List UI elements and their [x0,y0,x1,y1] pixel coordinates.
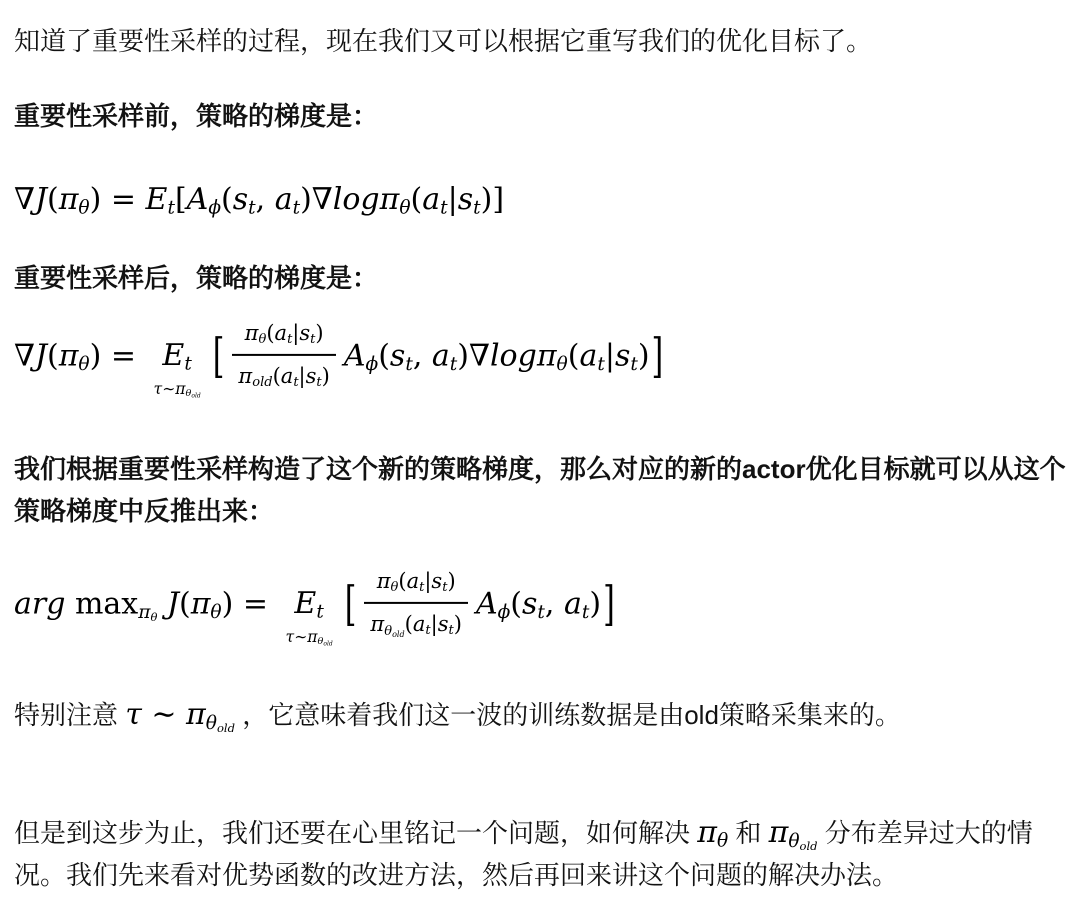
math-subscript: old [392,629,405,638]
math-underset-label: τ∼πθold [154,382,201,400]
math-token: old [217,721,235,735]
math-underset-base: Et [162,339,191,374]
math-subscript: θold [318,636,333,647]
math-token: ( [398,569,406,593]
math-token: ϕ [498,602,511,623]
math-token: ) = [90,338,146,373]
math-token: , [256,182,275,217]
inline-math-pi-theta: πθ [697,815,728,850]
formula-policy-gradient-before: ∇J(πθ) = Et[Aϕ(st, at)∇logπθ(at|st)] [14,180,504,219]
math-token: ) [315,321,323,345]
math-underset: Etτ∼πθold [154,339,201,399]
math-subscript: old [217,721,235,735]
math-token: ∇ [469,338,490,373]
math-token: t [473,198,480,219]
math-token: E [162,338,184,373]
math-token: τ [125,697,151,732]
math-token: log [333,182,380,217]
math-token: π [138,602,150,623]
math-subscript: ϕ [208,198,221,219]
math-subscript: θ [78,354,89,375]
math-token: ( [568,338,580,373]
math-token: a [407,569,420,593]
math-token: max [75,586,138,621]
math-token: , [545,586,564,621]
math-subscript: t [473,198,480,219]
math-token: | [605,338,615,373]
math-token: | [292,321,299,345]
math-token: , [413,338,432,373]
math-token: ) = [90,182,146,217]
math-token: τ [154,380,163,398]
inline-math-tau-pi-theta-old: τ ∼ πθold [125,697,235,732]
math-fraction: πθ(at|st)πθold(at|st) [364,568,468,639]
math-subscript: old [191,392,200,399]
math-underset-label: τ∼πθold [286,630,333,648]
math-token: ( [47,338,59,373]
math-token: old [800,839,818,853]
math-subscript: θ [717,831,728,852]
math-token: t [293,198,300,219]
math-token: a [564,586,582,621]
math-token: a [275,321,288,345]
math-token: τ [286,628,295,646]
math-numerator: πθ(at|st) [364,568,468,604]
math-token: a [413,612,426,636]
math-token: ∼ [151,697,176,732]
math-token: π [175,380,185,398]
math-bracket: [ [213,327,225,387]
math-token: π [59,338,79,373]
math-token: ∼ [294,628,307,646]
math-subscript: θold [186,388,201,399]
math-token: a [432,338,450,373]
math-token: ) [454,612,462,636]
inline-math-pi-theta-old: πθold [769,815,818,850]
math-denominator: πold(at|st) [232,356,335,390]
math-subscript: old [800,839,818,853]
math-subscript: t [440,198,447,219]
math-token: s [438,612,449,636]
math-token: ϕ [366,354,379,375]
math-token: J [35,182,47,217]
math-token: π [537,338,557,373]
math-token: π [380,182,400,217]
math-subscript: θold [206,713,235,734]
formula-policy-gradient-after: ∇J(πθ) = Etτ∼πθold[πθ(at|st)πold(at|st)A… [14,322,667,399]
math-subscript: θ [78,198,89,219]
math-token: t [537,602,544,623]
math-token: ) [457,338,469,373]
math-token: ϕ [208,198,221,219]
math-token: θ [557,354,568,375]
math-bracket: ] [603,575,615,635]
math-subscript: ϕ [366,354,379,375]
math-token: π [697,815,717,850]
math-subscript: t [184,354,191,375]
math-subscript: ϕ [498,602,511,623]
math-token: [ [175,182,187,217]
math-token: old [392,629,405,638]
text-segment: 和 [728,818,768,848]
math-underset-base: Et [294,587,323,622]
math-numerator: πθ(at|st) [232,320,335,356]
math-subscript: θ [557,354,568,375]
math-token: θ [399,198,410,219]
math-subscript: θold [788,831,817,852]
math-token: ( [510,586,522,621]
math-token: A [344,338,366,373]
math-token: s [306,364,317,388]
article-page: { "page": { "background": "#ffffff", "te… [0,0,1087,906]
math-token: ∇ [312,182,333,217]
paragraph-final: 但是到这步为止，我们还要在心里铭记一个问题，如何解决 πθ 和 πθold 分布… [14,812,1076,896]
math-token: θ [258,332,266,347]
math-token: θ [78,198,89,219]
math-token: | [448,182,458,217]
math-token: old [323,640,332,647]
math-underset: Etτ∼πθold [286,587,333,647]
math-fraction: πθ(at|st)πold(at|st) [232,320,335,391]
math-token: A [187,182,209,217]
math-token: π [307,628,317,646]
math-token: A [476,586,498,621]
math-subscript: πθ [138,602,157,623]
math-token: θ [210,602,221,623]
math-token: s [522,586,537,621]
math-token: )] [481,182,504,217]
math-denominator: πθold(at|st) [364,604,468,638]
math-token: π [191,586,211,621]
math-token: t [597,354,604,375]
text-segment: 特别注意 [14,700,125,730]
math-token: ( [266,321,274,345]
math-token: ) = [222,586,278,621]
math-token: θ [206,713,217,734]
math-bracket: ] [652,327,664,387]
math-token: θ [788,831,799,852]
math-token: a [275,182,293,217]
math-token: ∇ [14,338,35,373]
math-token: π [177,697,206,732]
math-subscript: θ [399,198,410,219]
math-subscript: θ [391,580,399,595]
math-token: ) [447,569,455,593]
math-bracket: [ [345,575,357,635]
math-token: θ [391,580,399,595]
math-token: s [615,338,630,373]
math-token: ( [411,182,423,217]
math-token: π [59,182,79,217]
math-token: t [248,198,255,219]
math-token: E [146,182,168,217]
math-token: t [405,354,412,375]
math-token: t [184,354,191,375]
math-token: arg [14,586,75,621]
paragraph-note: 特别注意 τ ∼ πθold ，它意味着我们这一波的训练数据是由old策略采集来… [14,694,1076,736]
math-subscript: θ [258,332,266,347]
math-subscript: t [167,198,174,219]
math-token [157,586,167,621]
math-subscript: t [248,198,255,219]
math-subscript: old [323,640,332,647]
text-segment: 但是到这步为止，我们还要在心里铭记一个问题，如何解决 [14,818,697,848]
math-token: ( [221,182,233,217]
math-token: π [769,815,789,850]
math-subscript: θ [210,602,221,623]
math-token: s [299,321,310,345]
text-segment: ，它意味着我们这一波的训练数据是由old策略采集来的。 [235,700,901,730]
math-token: θ [717,831,728,852]
math-token: s [390,338,405,373]
math-token: ) [300,182,312,217]
heading-before-sampling: 重要性采样前，策略的梯度是： [14,95,1076,137]
math-token: π [245,321,259,345]
math-subscript: t [293,198,300,219]
math-token: ) [589,586,601,621]
math-token: s [431,569,442,593]
math-token: s [233,182,248,217]
math-subscript: θold [384,623,404,638]
paragraph-intro: 知道了重要性采样的过程，现在我们又可以根据它重写我们的优化目标了。 [14,20,1076,62]
math-token: ( [378,338,390,373]
math-token: ( [47,182,59,217]
math-token: a [422,182,440,217]
math-token: a [579,338,597,373]
heading-actor-objective: 我们根据重要性采样构造了这个新的策略梯度，那么对应的新的actor优化目标就可以… [14,448,1076,532]
math-token: t [440,198,447,219]
math-token: E [294,586,316,621]
math-token: ∼ [162,380,175,398]
math-token: s [458,182,473,217]
math-token: π [377,569,391,593]
math-token: ) [638,338,650,373]
math-subscript: t [630,354,637,375]
math-token: log [490,338,537,373]
math-token: π [238,364,252,388]
math-subscript: t [316,602,323,623]
math-subscript: t [537,602,544,623]
math-token: t [316,602,323,623]
math-token: | [424,569,431,593]
formula-actor-objective: arg maxπθ J(πθ) = Etτ∼πθold[πθ(at|st)πθo… [14,570,619,647]
math-subscript: t [597,354,604,375]
math-token: J [35,338,47,373]
math-token: t [630,354,637,375]
math-token: θ [384,623,392,638]
math-token: t [167,198,174,219]
math-token: θ [78,354,89,375]
math-token: old [252,375,272,390]
math-token: ( [179,586,191,621]
math-token: π [370,612,384,636]
math-token: J [167,586,179,621]
heading-after-sampling: 重要性采样后，策略的梯度是： [14,257,1076,299]
math-token: a [281,364,294,388]
math-subscript: t [405,354,412,375]
math-token: ∇ [14,182,35,217]
math-token: old [191,392,200,399]
math-token: ) [322,364,330,388]
math-subscript: old [252,375,272,390]
